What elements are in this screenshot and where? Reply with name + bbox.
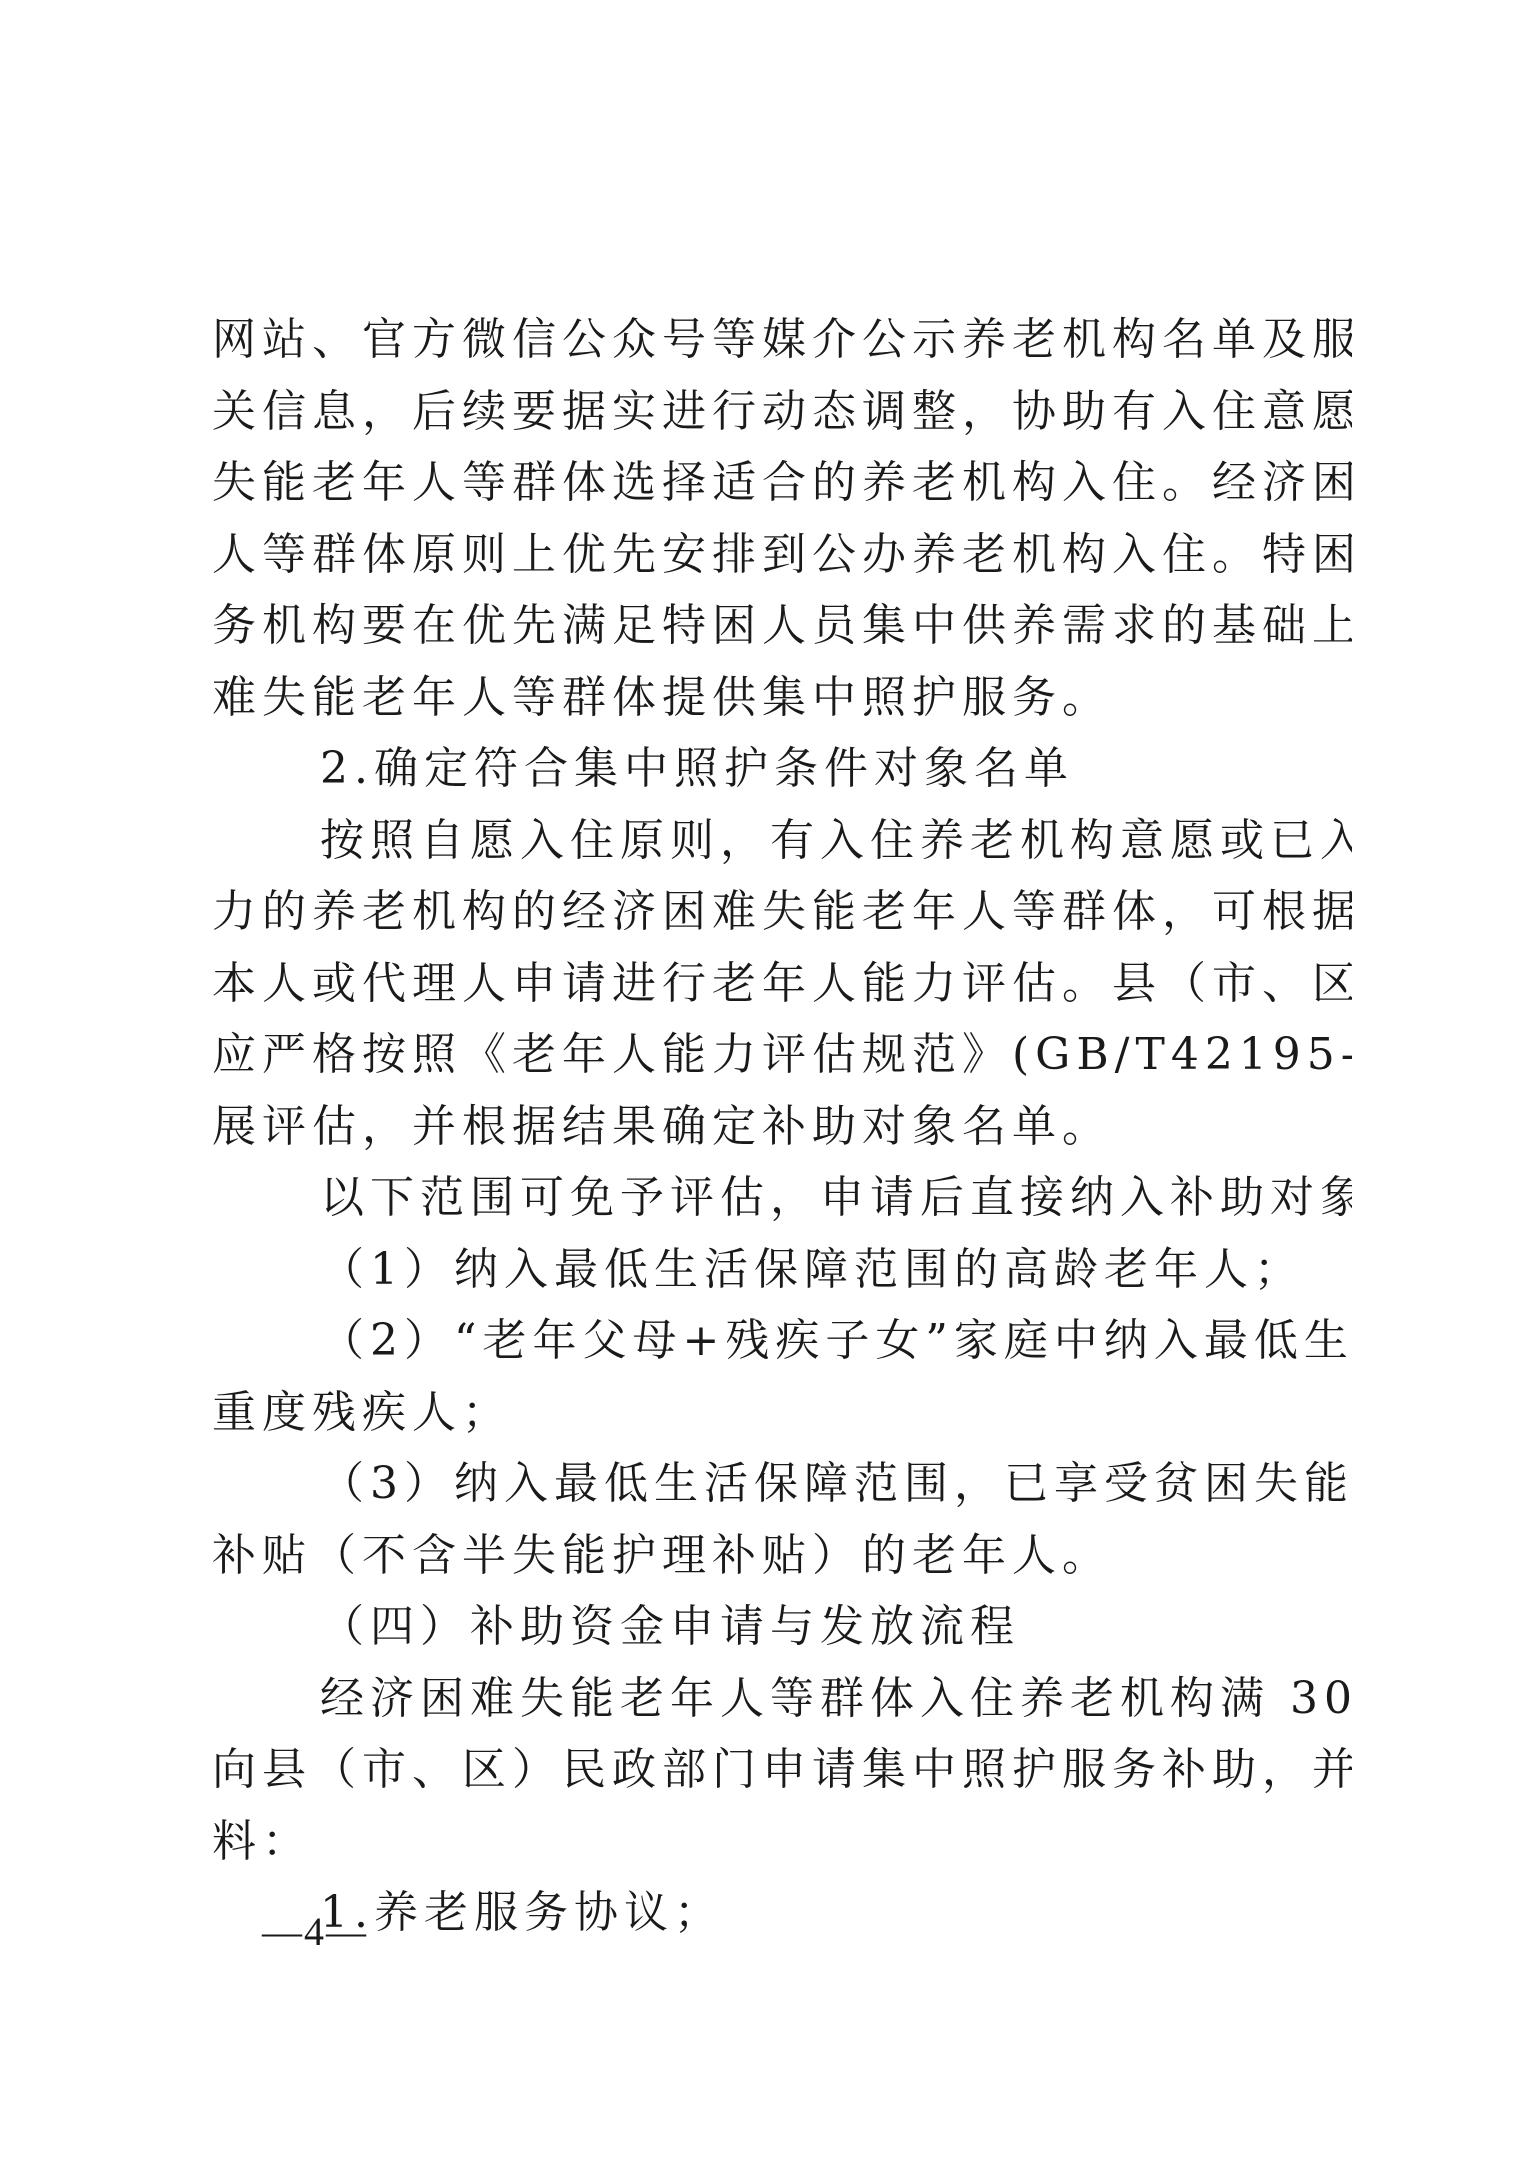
section-heading: （四）补助资金申请与发放流程: [212, 1591, 1352, 1663]
list-item-2: （2）“老年父母+残疾子女”家庭中纳入最低生活保障范围的: [212, 1305, 1352, 1377]
list-item-3-continued: 补贴（不含半失能护理补贴）的老年人。: [212, 1520, 1352, 1592]
body-text-line: 难失能老年人等群体提供集中照护服务。: [212, 662, 1352, 734]
body-text-line: 务机构要在优先满足特困人员集中供养需求的基础上，为经济困: [212, 590, 1352, 662]
list-item-3: （3）纳入最低生活保障范围，已享受贫困失能老年人护理: [212, 1448, 1352, 1520]
body-text-line: 本人或代理人申请进行老年人能力评估。县（市、区）民政部门: [212, 948, 1352, 1020]
body-text-line: 向县（市、区）民政部门申请集中照护服务补助，并提交如下材: [212, 1734, 1352, 1806]
document-page: 网站、官方微信公众号等媒介公示养老机构名单及服务价格等相 关信息，后续要据实进行…: [0, 0, 1536, 2176]
body-text-line: 失能老年人等群体选择适合的养老机构入住。经济困难失能老年: [212, 447, 1352, 519]
list-item-1: （1）纳入最低生活保障范围的高龄老年人；: [212, 1234, 1352, 1306]
body-text-line: 力的养老机构的经济困难失能老年人等群体，可根据自身情况由: [212, 876, 1352, 948]
body-text-line: 关信息，后续要据实进行动态调整，协助有入住意愿的经济困难: [212, 376, 1352, 448]
body-text-line: 展评估，并根据结果确定补助对象名单。: [212, 1091, 1352, 1163]
body-text-line: 应严格按照《老年人能力评估规范》(GB/T42195-2022)，组织开: [212, 1019, 1352, 1091]
body-text-line: 以下范围可免予评估，申请后直接纳入补助对象名单：: [212, 1162, 1352, 1234]
body-text-line: 网站、官方微信公众号等媒介公示养老机构名单及服务价格等相: [212, 304, 1352, 376]
materials-list-item-1: 1.养老服务协议；: [212, 1877, 1352, 1949]
body-text-line: 经济困难失能老年人等群体入住养老机构满 30 日后，可以: [212, 1663, 1352, 1735]
body-text-line: 人等群体原则上优先安排到公办养老机构入住。特困人员供养服: [212, 519, 1352, 591]
body-text-line: 料：: [212, 1806, 1352, 1878]
list-item-2-continued: 重度残疾人；: [212, 1377, 1352, 1449]
body-text-line: 按照自愿入住原则，有入住养老机构意愿或已入住有收住能: [212, 805, 1352, 877]
section-heading: 2.确定符合集中照护条件对象名单: [212, 733, 1352, 805]
page-number: —4—: [262, 1908, 368, 1955]
document-body: 网站、官方微信公众号等媒介公示养老机构名单及服务价格等相 关信息，后续要据实进行…: [212, 304, 1352, 1949]
